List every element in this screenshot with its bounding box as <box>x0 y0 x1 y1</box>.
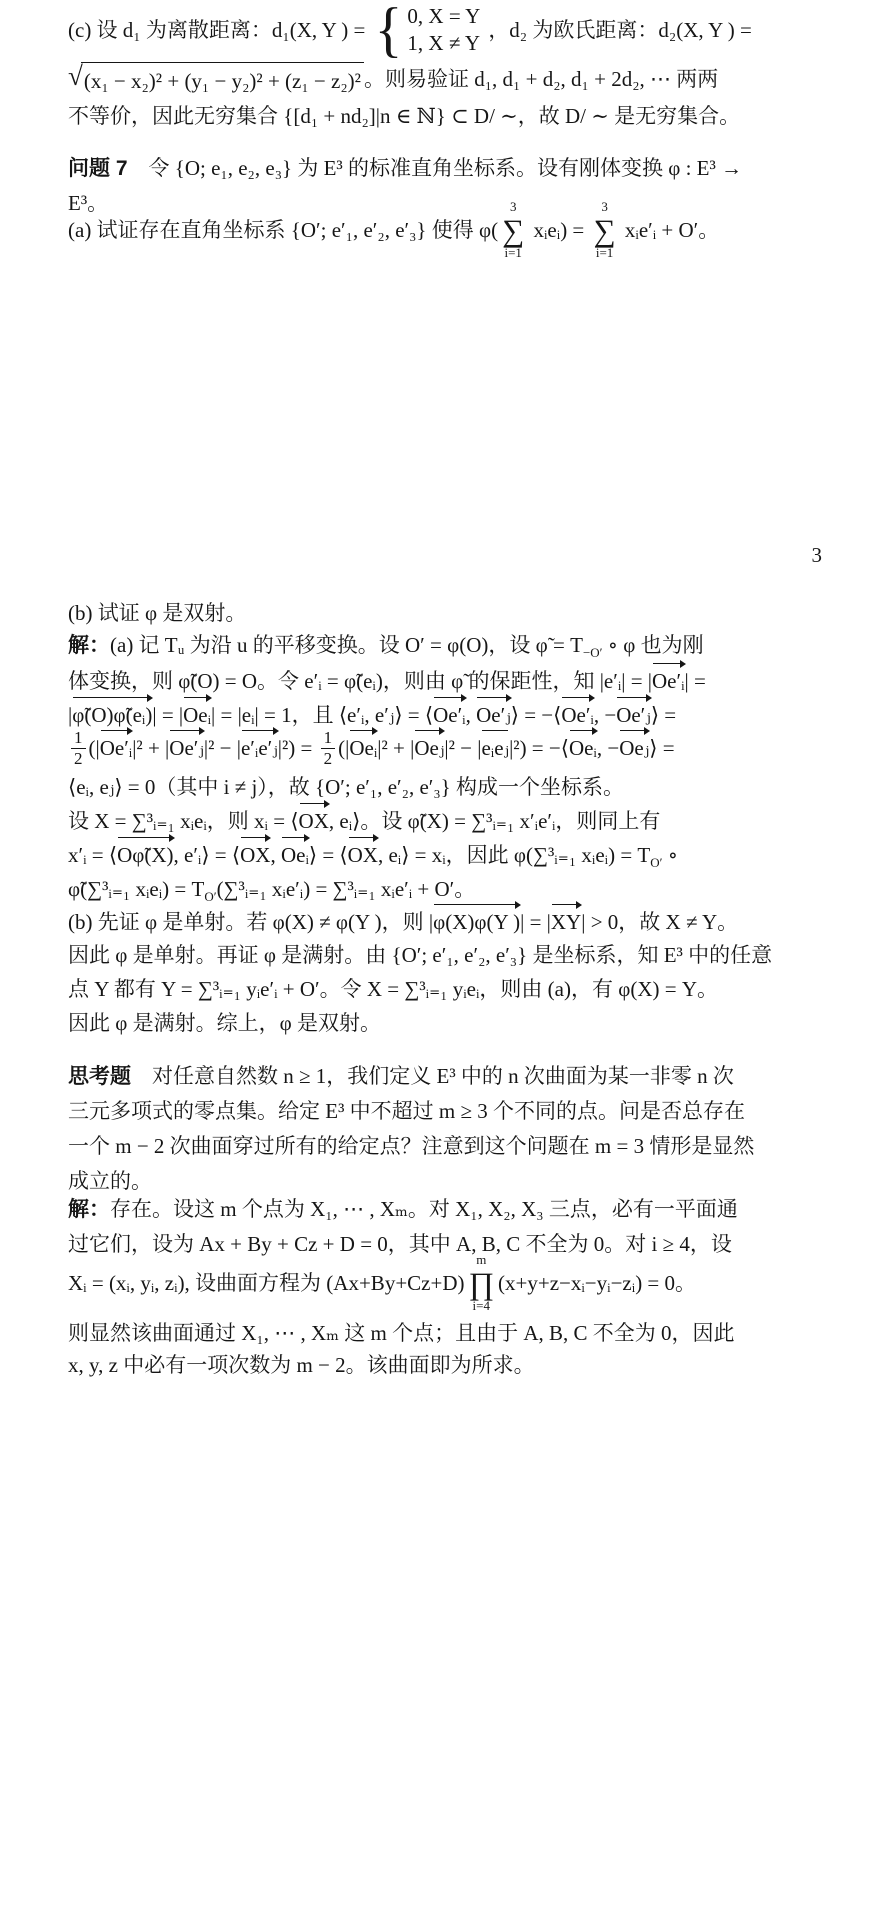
solution7-line-11: 点 Y 都有 Y = ∑³ᵢ₌₁ yᵢe′ᵢ + O′。令 X = ∑³ᵢ₌₁ … <box>68 974 824 1004</box>
solution7-line-4: 12(|Oe′ᵢ|² + |Oe′ⱼ|² − |e′ᵢe′ⱼ|²) = 12(|… <box>68 726 824 770</box>
solution7-line-2: 体变换，则 φ̃(O) = O。令 e′ᵢ = φ̃(eᵢ)，则由 φ̃ 的保距… <box>68 666 824 696</box>
solution7-line-7: x′ᵢ = ⟨Oφ̃(X), e′ᵢ⟩ = ⟨OX, Oeᵢ⟩ = ⟨OX, e… <box>68 840 824 878</box>
item-c-line-2: √(x₁ − x₂)² + (y₁ − y₂)² + (z₁ − z₂)²。则易… <box>68 60 824 98</box>
problem7-item-a: (a) 试证存在直角坐标系 {O′; e′₁, e′₂, e′₃} 使得 φ(3… <box>68 206 824 254</box>
item-c-line-1: (c) 设 d₁ 为离散距离：d₁(X, Y ) = {0, X = Y1, X… <box>68 2 824 58</box>
solution7-line-10: 因此 φ 是单射。再证 φ 是满射。由 {O′; e′₁, e′₂, e′₃} … <box>68 940 824 970</box>
solution7-line-1: 解：(a) 记 Tᵤ 为沿 u 的平移变换。设 O′ = φ(O)，设 φ̃ =… <box>68 630 824 668</box>
thought-problem-line-1: 思考题 对任意自然数 n ≥ 1，我们定义 E³ 中的 n 次曲面为某一非零 n… <box>68 1061 824 1092</box>
item-c-line-3: 不等价，因此无穷集合 {[d₁ + nd₂]|n ∈ ℕ} ⊂ D/ ∼，故 D… <box>68 101 824 131</box>
thought-problem-line-2: 三元多项式的零点集。给定 E³ 中不超过 m ≥ 3 个不同的点。问是否总存在 <box>68 1096 824 1126</box>
thought-problem-line-3: 一个 m − 2 次曲面穿过所有的给定点？注意到这个问题在 m = 3 情形是显… <box>68 1131 824 1161</box>
thought-solution-line-4: 则显然该曲面通过 X₁, ⋯ , Xₘ 这 m 个点；且由于 A, B, C 不… <box>68 1318 824 1348</box>
solution7-line-9: (b) 先证 φ 是单射。若 φ(X) ≠ φ(Y )，则 |φ(X)φ(Y )… <box>68 907 824 937</box>
document-page: (c) 设 d₁ 为离散距离：d₁(X, Y ) = {0, X = Y1, X… <box>0 0 886 1920</box>
solution7-line-5: ⟨eᵢ, eⱼ⟩ = 0（其中 i ≠ j），故 {O′; e′₁, e′₂, … <box>68 772 824 802</box>
page-number: 3 <box>812 542 823 568</box>
thought-problem-line-4: 成立的。 <box>68 1166 824 1196</box>
thought-solution-line-1: 解：存在。设这 m 个点为 X₁, ⋯ , Xₘ。对 X₁, X₂, X₃ 三点… <box>68 1194 824 1225</box>
problem7-line-1: 问题 7 令 {O; e₁, e₂, e₃} 为 E³ 的标准直角坐标系。设有刚… <box>68 153 824 184</box>
problem7-item-b: (b) 试证 φ 是双射。 <box>68 598 824 628</box>
solution7-line-6: 设 X = ∑³ᵢ₌₁ xᵢeᵢ，则 xᵢ = ⟨OX, eᵢ⟩。设 φ̃(X)… <box>68 806 824 836</box>
thought-solution-line-3: Xᵢ = (xᵢ, yᵢ, zᵢ), 设曲面方程为 (Ax+By+Cz+D)m∏… <box>68 1254 824 1312</box>
thought-solution-line-5: x, y, z 中必有一项次数为 m − 2。该曲面即为所求。 <box>68 1350 824 1380</box>
solution7-line-12: 因此 φ 是满射。综上，φ 是双射。 <box>68 1008 824 1038</box>
